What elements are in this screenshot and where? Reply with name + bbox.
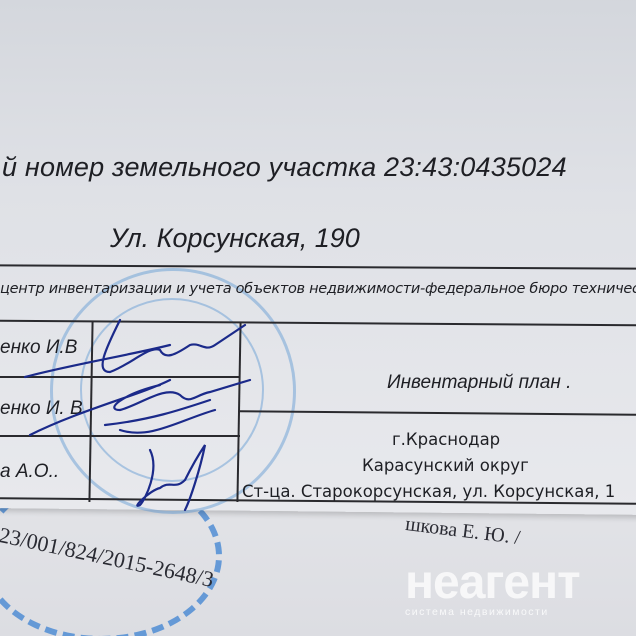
- watermark-tagline: система недвижимости: [405, 606, 549, 618]
- signatures: [0, 0, 636, 636]
- watermark-logo: неагент: [405, 555, 580, 610]
